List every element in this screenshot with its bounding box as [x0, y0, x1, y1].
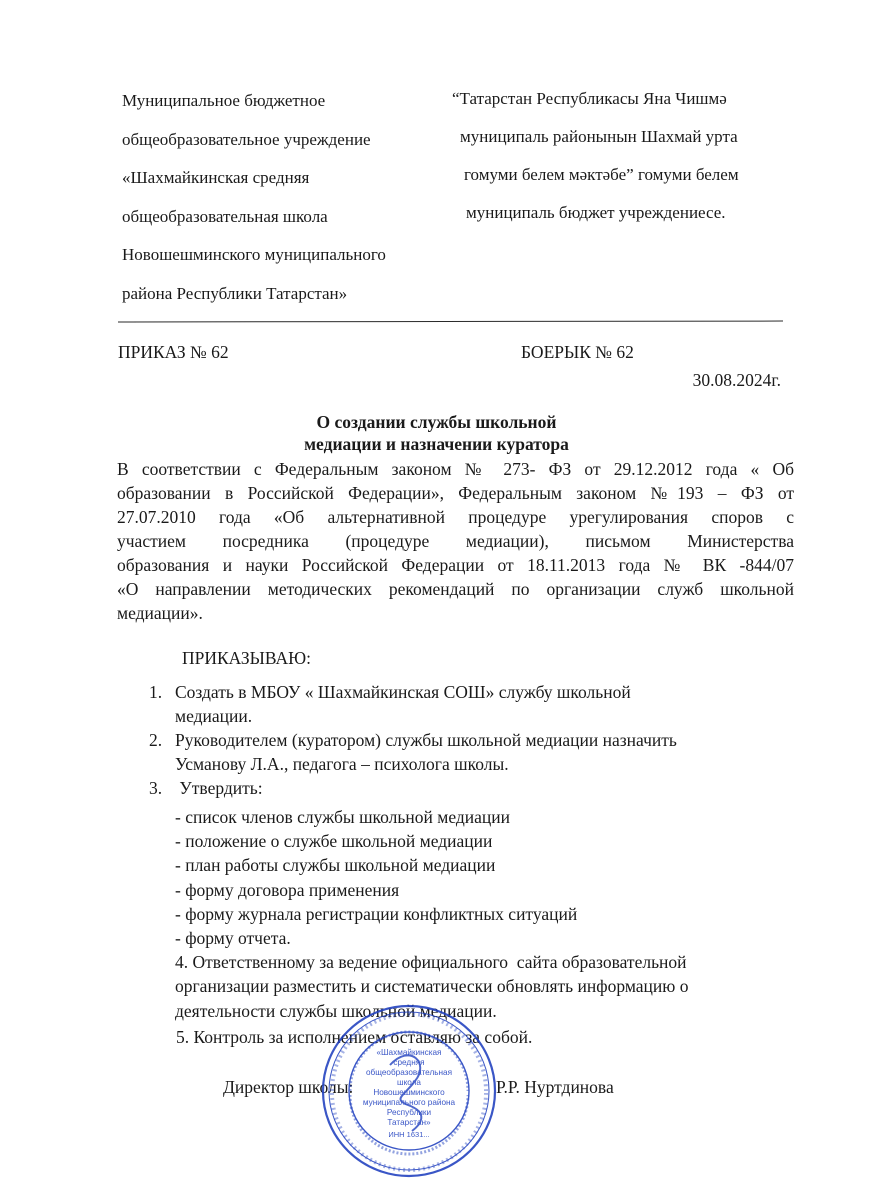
svg-text:общеобразовательная: общеобразовательная [366, 1068, 452, 1077]
header-org-name-ru: Муниципальное бюджетное общеобразователь… [122, 82, 386, 313]
header-divider [118, 321, 783, 323]
approve-list: - список членов службы школьной медиации… [175, 805, 577, 950]
order-item-1: 1.Создать в МБОУ « Шахмайкинская СОШ» сл… [149, 680, 799, 728]
preamble-line: образовании в Российской Федерации», Фед… [117, 481, 794, 505]
item-number: 1. [149, 680, 175, 704]
order-item-4: 4. Ответственному за ведение официальног… [175, 950, 800, 1023]
item-4-line: 4. Ответственному за ведение официальног… [175, 950, 800, 974]
item-text: Утвердить: [175, 778, 263, 798]
svg-text:средняя: средняя [393, 1058, 424, 1067]
preamble-line: В соответствии с Федеральным законом № 2… [117, 457, 794, 481]
item-text: Руководителем (куратором) службы школьно… [175, 730, 677, 750]
approve-list-item: - форму журнала регистрации конфликтных … [175, 902, 577, 926]
order-number-ru: ПРИКАЗ № 62 [118, 342, 229, 363]
svg-text:ИНН 1631...: ИНН 1631... [388, 1130, 429, 1139]
document-title: О создании службы школьной медиации и на… [0, 411, 873, 455]
order-item-2: 2.Руководителем (куратором) службы школь… [149, 728, 799, 776]
svg-text:«Шахмайкинская: «Шахмайкинская [377, 1048, 442, 1057]
header-line: Муниципальное бюджетное [122, 82, 386, 121]
svg-text:Татарстан»: Татарстан» [387, 1118, 431, 1127]
order-items-list: 1.Создать в МБОУ « Шахмайкинская СОШ» сл… [149, 680, 799, 800]
item-4-line: деятельности службы школьной медиации. [175, 999, 800, 1023]
preamble-line: 27.07.2010 года «Об альтернативной проце… [117, 505, 794, 529]
svg-text:муниципального района: муниципального района [363, 1098, 456, 1107]
svg-text:школа: школа [397, 1078, 421, 1087]
preamble-line: образования и науки Российской Федерации… [117, 553, 794, 577]
item-text: Создать в МБОУ « Шахмайкинская СОШ» служ… [175, 682, 631, 702]
approve-list-item: - положение о службе школьной медиации [175, 829, 577, 853]
header-line: гомуми белем мәктәбе” гомуми белем [452, 156, 739, 194]
header-line: общеобразовательная школа [122, 198, 386, 237]
header-line: района Республики Татарстан» [122, 275, 386, 314]
order-item-5: 5. Контроль за исполнением оставляю за с… [176, 1027, 532, 1048]
item-text-continued: медиации. [149, 704, 799, 728]
header-line: Новошешминского муниципального [122, 236, 386, 275]
approve-list-item: - форму договора применения [175, 878, 577, 902]
approve-list-item: - план работы службы школьной медиации [175, 853, 577, 877]
header-line: муниципаль районынын Шахмай урта [452, 118, 739, 156]
preamble-paragraph: В соответствии с Федеральным законом № 2… [117, 457, 794, 625]
item-text-continued: Усманову Л.А., педагога – психолога школ… [149, 752, 799, 776]
preamble-line: «О направлении методических рекомендаций… [117, 577, 794, 601]
title-line: О создании службы школьной [0, 411, 873, 433]
svg-text:Новошешминского: Новошешминского [373, 1088, 445, 1097]
header-line: “Татарстан Республикасы Яна Чишмә [452, 80, 739, 118]
title-line: медиации и назначении куратора [0, 433, 873, 455]
svg-text:Республики: Республики [387, 1108, 431, 1117]
header-org-name-tt: “Татарстан Республикасы Яна Чишмә муници… [452, 80, 739, 232]
order-directive-heading: ПРИКАЗЫВАЮ: [182, 648, 311, 669]
header-line: муниципаль бюджет учреждениесе. [452, 194, 739, 232]
item-4-line: организации разместить и систематически … [175, 974, 800, 998]
order-item-3: 3. Утвердить: [149, 776, 799, 800]
header-line: «Шахмайкинская средняя [122, 159, 386, 198]
item-number: 2. [149, 728, 175, 752]
preamble-line: медиации». [117, 601, 794, 625]
approve-list-item: - форму отчета. [175, 926, 577, 950]
approve-list-item: - список членов службы школьной медиации [175, 805, 577, 829]
preamble-line: участием посредника (процедуре медиации)… [117, 529, 794, 553]
header-line: общеобразовательное учреждение [122, 121, 386, 160]
item-number: 3. [149, 776, 175, 800]
order-date: 30.08.2024г. [693, 370, 781, 391]
order-number-tt: БОЕРЫК № 62 [521, 342, 634, 363]
signature-title: Директор школы: [223, 1077, 353, 1098]
signature-name: Р.Р. Нуртдинова [496, 1077, 614, 1098]
